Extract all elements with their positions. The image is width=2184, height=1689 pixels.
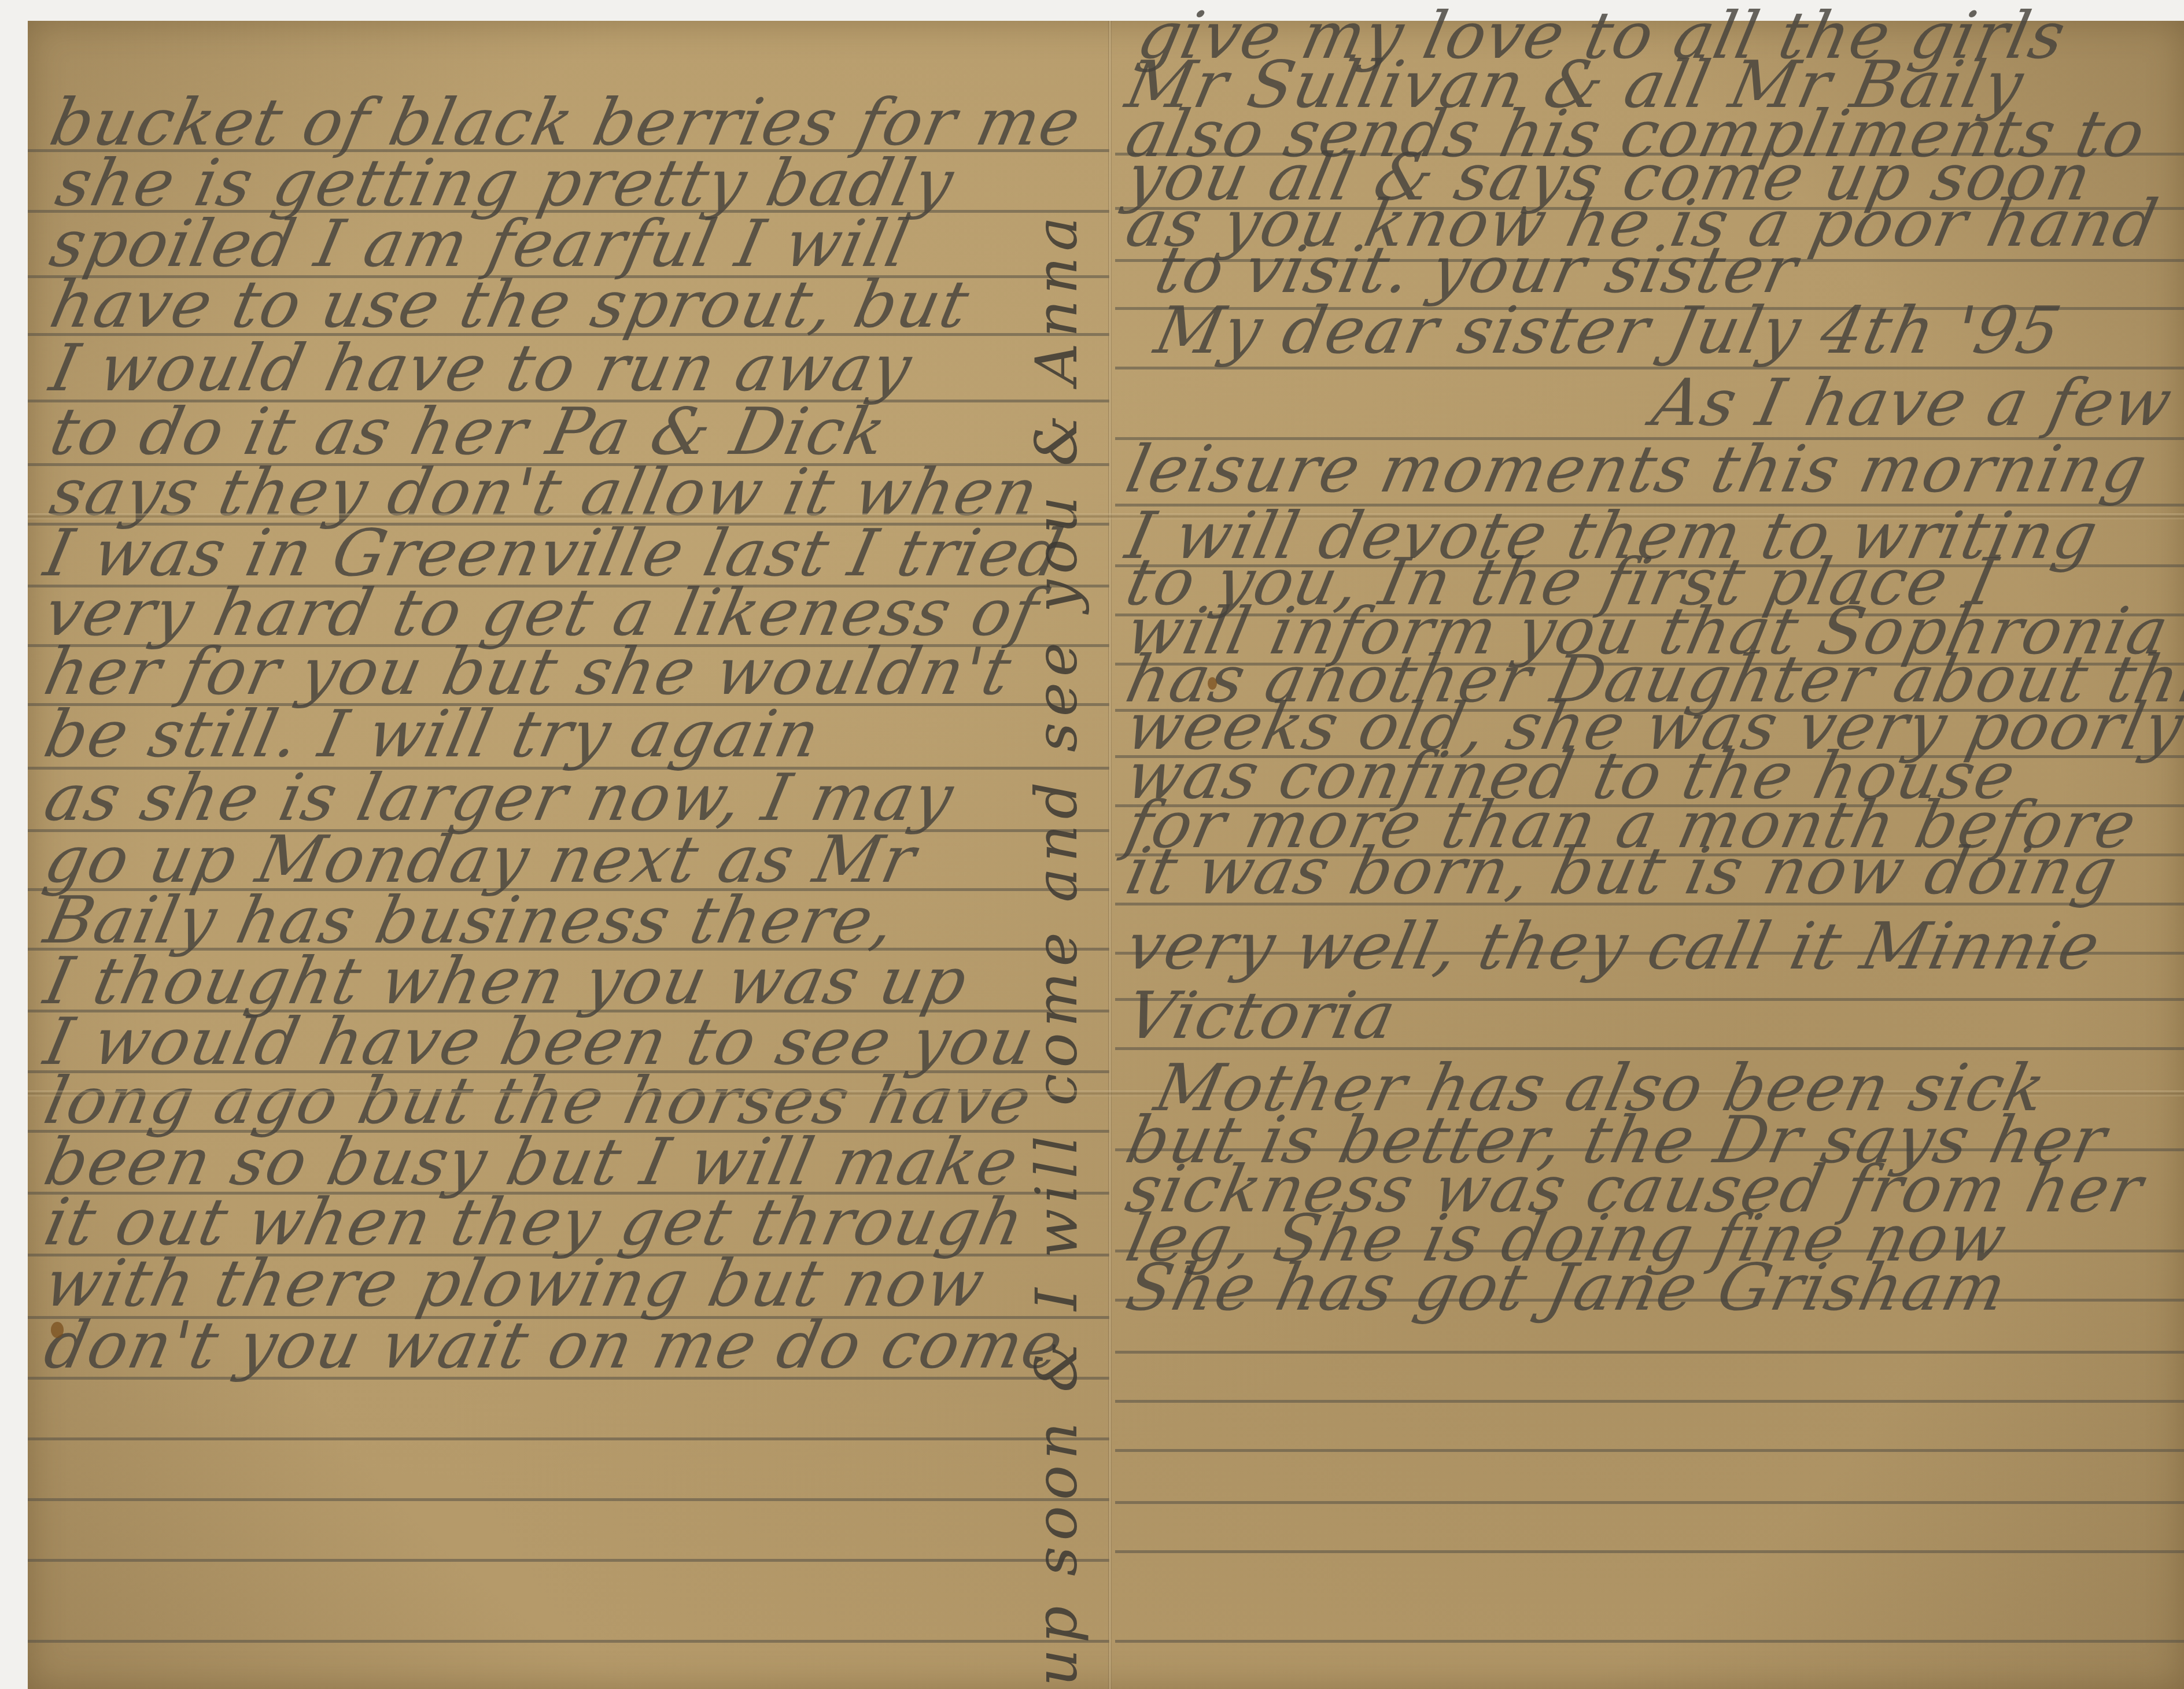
ink-dot	[1208, 677, 1217, 690]
right-page: give my love to all the girls Mr Sulliva…	[1115, 21, 2184, 1689]
letter-line: Victoria	[1121, 984, 1402, 1048]
left-page: bucket of black berries for me she is ge…	[28, 21, 1109, 1689]
letter-line: it was born, but is now doing	[1121, 839, 2123, 904]
letter-line: have to use the sprout, but	[45, 272, 975, 337]
margin-note: up soon & I will come and see you & Anna	[1023, 211, 1090, 1686]
ruled-line	[28, 1437, 1109, 1440]
ruled-line	[1115, 1351, 2184, 1354]
letter-line: She has got Jane Grisham	[1121, 1255, 2012, 1320]
ruled-line	[28, 1559, 1109, 1562]
letter-line: very well, they call it Minnie	[1121, 914, 2106, 979]
letter-line: I would have to run away	[45, 336, 917, 401]
letter-sheet: bucket of black berries for me she is ge…	[28, 21, 2184, 1689]
ink-stain	[51, 1322, 64, 1338]
ruled-line	[1115, 1640, 2184, 1643]
letter-line: leisure moments this morning	[1121, 437, 2153, 502]
ruled-line	[28, 1640, 1109, 1643]
ruled-line	[1115, 1400, 2184, 1403]
letter-line: be still. I will try again	[39, 702, 826, 767]
ruled-line	[1115, 1449, 2184, 1452]
ruled-line	[1115, 1501, 2184, 1504]
letter-line: As I have a few	[1647, 371, 2178, 435]
ruled-line	[28, 1498, 1109, 1501]
letter-line: as she is larger now, I may	[39, 766, 960, 830]
letter-line: My dear sister July 4th '95	[1150, 298, 2067, 363]
letter-line: long ago but the horses have	[39, 1069, 1038, 1133]
letter-line: don't you wait on me do come	[39, 1313, 1069, 1378]
letter-line: her for you but she wouldn't	[39, 640, 1017, 704]
letter-line: it out when they get through	[39, 1190, 1030, 1255]
ruled-line	[1115, 1550, 2184, 1553]
letter-line: with there plowing but now	[39, 1251, 991, 1316]
center-fold	[1108, 21, 1112, 1689]
